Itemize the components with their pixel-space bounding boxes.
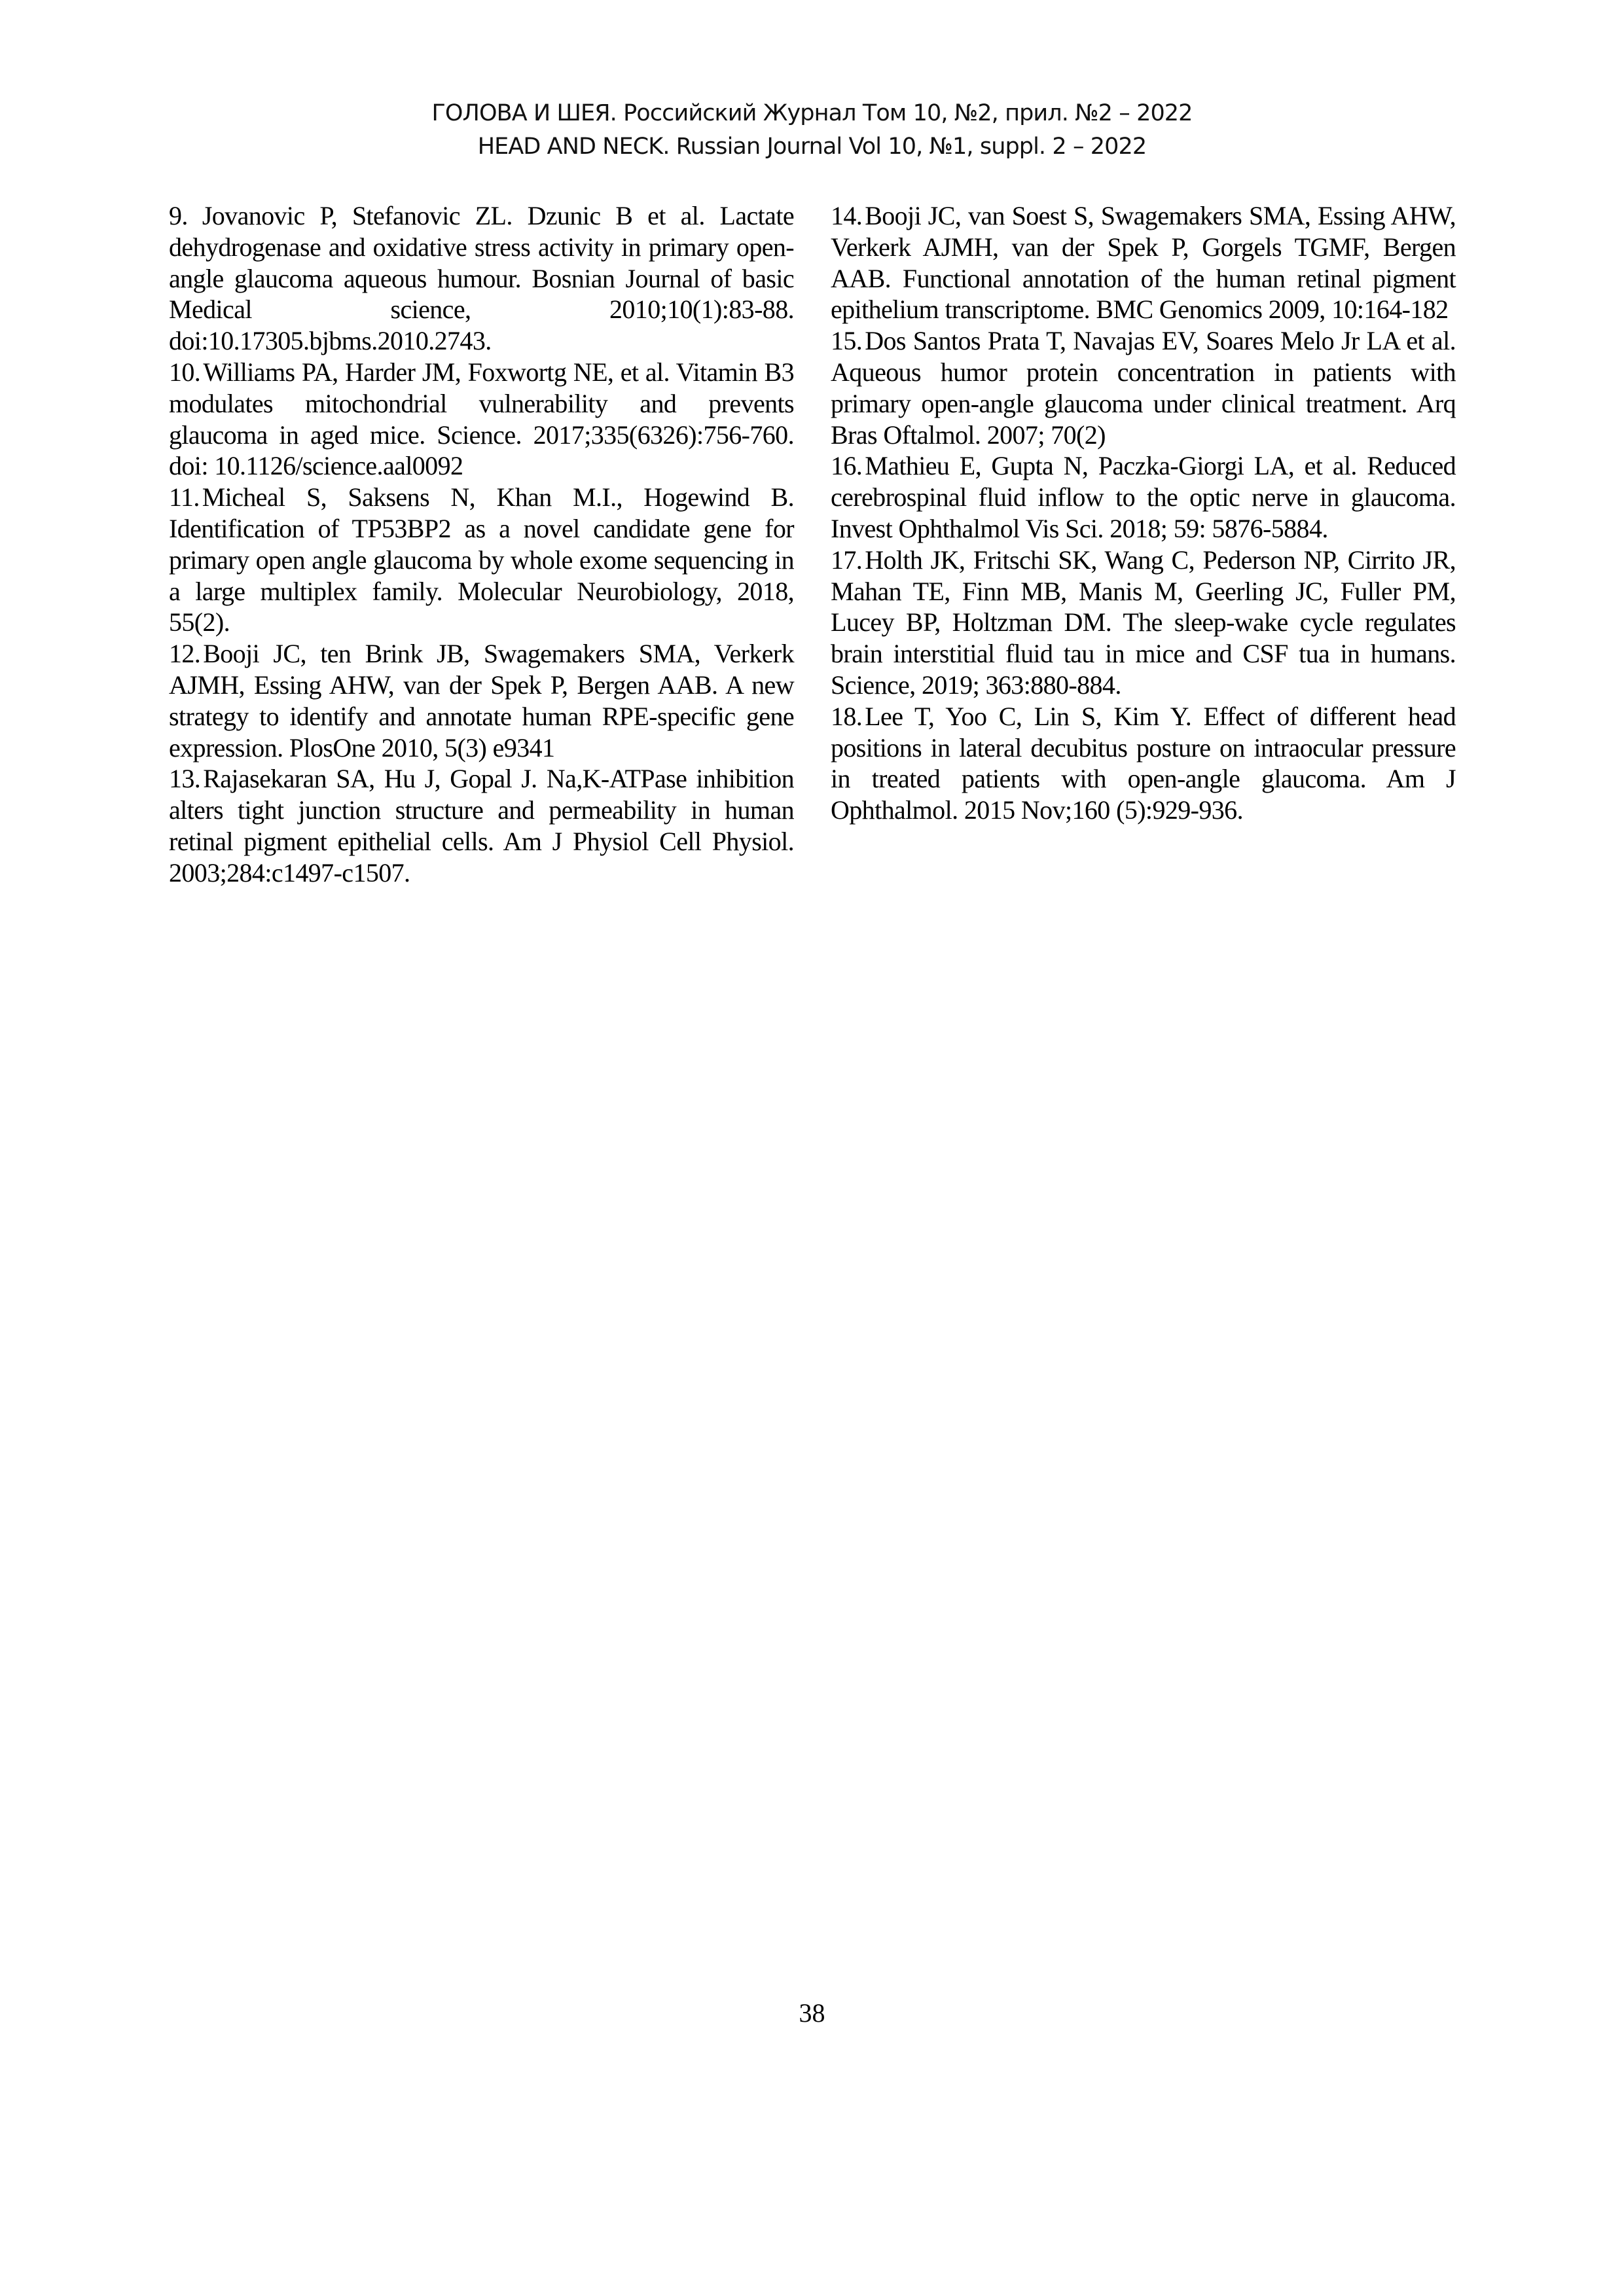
reference-number: 13. [169, 764, 200, 793]
reference-item: 10.Williams PA, Harder JM, Foxwortg NE, … [169, 357, 794, 482]
reference-item: 14.Booji JC, van Soest S, Swagemakers SM… [831, 200, 1456, 325]
reference-text: Williams PA, Harder JM, Foxwortg NE, et … [169, 357, 794, 480]
journal-title-russian: ГОЛОВА И ШЕЯ. Российский Журнал Том 10, … [0, 97, 1624, 130]
reference-column-left: 9.Jovanovic P, Stefanovic ZL. Dzunic B e… [169, 200, 794, 889]
reference-number: 15. [831, 326, 862, 355]
running-header: ГОЛОВА И ШЕЯ. Российский Журнал Том 10, … [0, 97, 1624, 164]
reference-column-right: 14.Booji JC, van Soest S, Swagemakers SM… [831, 200, 1456, 826]
reference-text: Dos Santos Prata T, Navajas EV, Soares M… [831, 326, 1456, 449]
reference-number: 10. [169, 357, 200, 387]
reference-item: 18.Lee T, Yoo C, Lin S, Kim Y. Effect of… [831, 701, 1456, 826]
reference-item: 16.Mathieu E, Gupta N, Paczka-Giorgi LA,… [831, 450, 1456, 544]
journal-title-english: HEAD AND NECK. Russian Journal Vol 10, №… [0, 130, 1624, 164]
reference-number: 9. [169, 201, 188, 230]
reference-text: Holth JK, Fritschi SK, Wang C, Pederson … [831, 545, 1456, 700]
reference-text: Rajasekaran SA, Hu J, Gopal J. Na,K-ATPa… [169, 764, 794, 887]
reference-item: 13.Rajasekaran SA, Hu J, Gopal J. Na,K-A… [169, 763, 794, 888]
reference-text: Jovanovic P, Stefanovic ZL. Dzunic B et … [169, 201, 794, 355]
reference-number: 16. [831, 451, 862, 480]
reference-text: Mathieu E, Gupta N, Paczka-Giorgi LA, et… [831, 451, 1456, 543]
page-number: 38 [0, 1998, 1624, 2029]
reference-item: 9.Jovanovic P, Stefanovic ZL. Dzunic B e… [169, 200, 794, 357]
reference-number: 14. [831, 201, 862, 230]
reference-item: 12.Booji JC, ten Brink JB, Swagemakers S… [169, 638, 794, 763]
reference-number: 17. [831, 545, 862, 575]
reference-number: 12. [169, 639, 200, 668]
reference-number: 11. [169, 482, 200, 512]
reference-item: 17.Holth JK, Fritschi SK, Wang C, Peders… [831, 545, 1456, 701]
reference-item: 11.Micheal S, Saksens N, Khan M.I., Hoge… [169, 482, 794, 638]
reference-text: Booji JC, van Soest S, Swagemakers SMA, … [831, 201, 1456, 324]
reference-item: 15.Dos Santos Prata T, Navajas EV, Soare… [831, 325, 1456, 450]
reference-text: Lee T, Yoo C, Lin S, Kim Y. Effect of di… [831, 702, 1456, 825]
reference-text: Micheal S, Saksens N, Khan M.I., Hogewin… [169, 482, 794, 637]
reference-text: Booji JC, ten Brink JB, Swagemakers SMA,… [169, 639, 794, 762]
reference-number: 18. [831, 702, 862, 731]
